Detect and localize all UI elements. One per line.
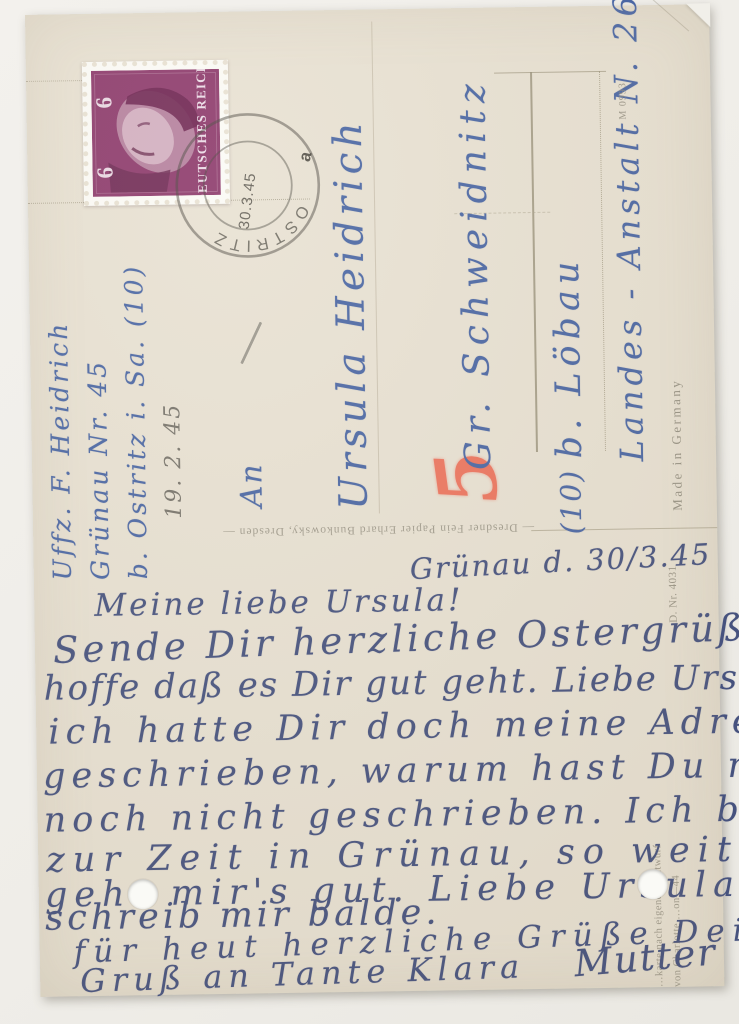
postmark: OSTRITZ 30.3.45 a (158, 96, 337, 275)
message-line: geschrieben, warum hast Du mir (43, 745, 739, 797)
address-rule-top (494, 71, 606, 74)
stamp-value-top: 6 (91, 97, 116, 109)
address-rule-2 (599, 71, 606, 451)
postcard-scan: 6 6 DEUTSCHES REICH OSTRITZ 30.3.45 a Uf… (0, 0, 739, 1024)
publisher-imprint: — Dresdner Fein Papier Erhard Bunkowsky,… (173, 520, 583, 538)
pencil-arrival-date: 19. 2. 45 (161, 403, 186, 519)
postmark-letter: a (295, 149, 316, 163)
edge-dotted-line (26, 80, 84, 82)
sender-address-block: Uffz. F. Heidrich Grünau Nr. 45 b. Ostri… (39, 263, 158, 580)
address-rule-1 (530, 72, 538, 452)
sender-line-2: Grünau Nr. 45 (77, 264, 120, 580)
pencil-slash-mark (240, 321, 262, 364)
addressee-an: An (236, 462, 268, 507)
sender-line-3: b. Ostritz i. Sa. (10) (115, 263, 158, 579)
destination-institution: Landes - Anstalt N. 26 (609, 0, 650, 462)
postcard-back: 6 6 DEUTSCHES REICH OSTRITZ 30.3.45 a Uf… (25, 4, 724, 997)
destination-town: Gr. Schweidnitz (454, 77, 498, 470)
destination-district: b. Löbau (549, 255, 589, 458)
made-in-germany-label: Made in Germany (669, 379, 685, 511)
postmark-date: 30.3.45 (236, 171, 260, 230)
corner-fold (686, 3, 710, 27)
sender-line-1: Uffz. F. Heidrich (39, 265, 82, 581)
stamp-value-bottom: 6 (92, 167, 117, 179)
corner-crease (639, 0, 689, 31)
addressee-name: Ursula Heidrich (329, 117, 376, 510)
print-code: M 0993 (618, 82, 629, 120)
message-line: ich hatte Dir doch meine Adresse (48, 700, 739, 752)
